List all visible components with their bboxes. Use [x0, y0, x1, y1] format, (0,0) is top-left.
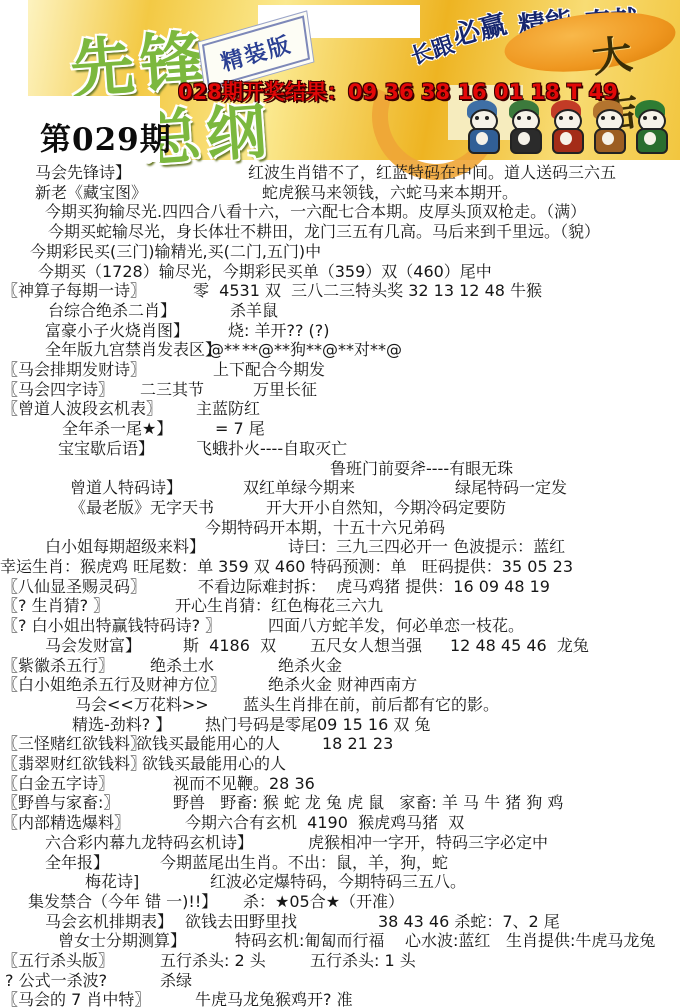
- row-text: 二三其节: [140, 380, 204, 399]
- report-row: 六合彩内幕九龙特码玄机诗】虎猴相冲一字开，特码三字必定中: [0, 833, 680, 853]
- row-text: 欲钱买最能用心的人: [142, 754, 286, 773]
- report-row: 富豪小子火烧肖图】烧: 羊开?? (?): [0, 321, 680, 341]
- row-text: 开大开小自然知，今期冷码定要防: [266, 498, 506, 517]
- report-row: 全年版九宫禁肖发表区】@****@**狗**@**对**@: [0, 340, 680, 360]
- row-label: 〖白金五字诗〗: [2, 774, 114, 793]
- row-label: 马会<<万花料>>: [75, 695, 209, 714]
- row-text: 斯 4186 双: [183, 636, 276, 655]
- row-label: 集发禁合（今年 错 一)!!】: [28, 892, 217, 911]
- row-label: 白小姐每期超级来料】: [45, 537, 205, 556]
- report-row: 〖八仙显圣赐灵码〗不看边际难封拆： 虎马鸡猪 提供：16 09 48 19: [0, 577, 680, 597]
- row-text: 鲁班门前耍斧----有眼无珠: [330, 459, 513, 478]
- row-text: 杀绿: [160, 971, 192, 990]
- row-text: 今期蓝尾出生肖。不出：鼠，羊，狗，蛇: [160, 853, 448, 872]
- row-text: 绝杀火金: [278, 656, 342, 675]
- row-text: 蛇虎猴马来领钱，六蛇马来本期开。: [262, 183, 518, 202]
- row-text: 特码玄机:匍匐而行福: [235, 931, 384, 950]
- row-label: 马会先锋诗】: [35, 163, 131, 182]
- report-row: 〖马会四字诗〗二三其节万里长征: [0, 380, 680, 400]
- row-label: 〖马会排期发财诗〗: [2, 360, 146, 379]
- row-text: 今期买蛇输尽光，身长体壮不耕田，龙门三五有几高。马后来到千里远。（貌）: [48, 222, 600, 241]
- report-row: 幸运生肖：猴虎鸡 旺尾数：单 359 双 460 特码预测：单 旺码提供：35 …: [0, 557, 680, 577]
- report-row: 曾道人特码诗】双红单绿今期来绿尾特码一定发: [0, 478, 680, 498]
- report-row: 今期买蛇输尽光，身长体壮不耕田，龙门三五有几高。马后来到千里远。（貌）: [0, 222, 680, 242]
- report-row: 鲁班门前耍斧----有眼无珠: [0, 459, 680, 479]
- row-label: 〖三怪赌红欲钱料〗: [2, 734, 146, 753]
- row-text: 五尺女人想当强: [310, 636, 422, 655]
- row-label: 全年版九宫禁肖发表区】: [45, 340, 221, 359]
- row-text: 虎猴相冲一字开，特码三字必定中: [308, 833, 548, 852]
- row-text: 绝杀火金 财神西南方: [268, 675, 417, 694]
- row-label: 〖? 生肖猜? 〗: [2, 596, 109, 615]
- row-text: 欲钱去田野里找: [185, 912, 297, 931]
- row-text: 诗曰：三九三四必开一 色波提示：蓝红: [288, 537, 565, 556]
- report-row: 〖? 白小姐出特赢钱特码诗? 〗四面八方蛇羊发，何必单恋一枝花。: [0, 616, 680, 636]
- row-text: 主蓝防红: [196, 399, 260, 418]
- row-text: @**: [208, 340, 240, 359]
- row-label: 〖马会四字诗〗: [2, 380, 114, 399]
- row-text: 万里长征: [253, 380, 317, 399]
- row-text: 零 4531 双 三八二三特头奖 32 13 12 48 牛猴: [193, 281, 542, 300]
- row-text: 飞蛾扑火----自取灭亡: [196, 439, 347, 458]
- row-text: **@**狗**@**对**@: [242, 340, 402, 359]
- row-text: 38 43 46 杀蛇：7、2 尾: [378, 912, 560, 931]
- report-row: 〖五行杀头版〗五行杀头: 2 头五行杀头: 1 头: [0, 951, 680, 971]
- row-label: 〖内部精选爆料〗: [2, 813, 130, 832]
- row-text: 四面八方蛇羊发，何必单恋一枝花。: [268, 616, 524, 635]
- row-label: 〖五行杀头版〗: [2, 951, 114, 970]
- row-text: 今期彩民买(三门)输精光,买(二门,五门)中: [30, 242, 321, 261]
- report-row: 曾女士分期测算】特码玄机:匍匐而行福心水波:蓝红生肖提供:牛虎马龙兔: [0, 931, 680, 951]
- row-label: 富豪小子火烧肖图】: [45, 321, 189, 340]
- row-text: 蓝头生肖排在前，前后都有它的影。: [243, 695, 499, 714]
- report-row: 今期彩民买(三门)输精光,买(二门,五门)中: [0, 242, 680, 262]
- row-label: 六合彩内幕九龙特码玄机诗】: [45, 833, 253, 852]
- row-text: 野兽 野畜: 猴 蛇 龙 兔 虎 鼠 家畜: 羊 马 牛 猪 狗 鸡: [173, 793, 563, 812]
- row-label: 曾女士分期测算】: [58, 931, 186, 950]
- report-row: 〖白金五字诗〗视而不见鞭。28 36: [0, 774, 680, 794]
- report-row: 今期特码开本期，十五十六兄弟码: [0, 518, 680, 538]
- row-text: 视而不见鞭。28 36: [173, 774, 315, 793]
- row-label: 全年杀一尾★】: [62, 419, 172, 438]
- report-row: 马会<<万花料>>蓝头生肖排在前，前后都有它的影。: [0, 695, 680, 715]
- row-text: 红波生肖错不了，红蓝特码在中间。道人送码三六五: [248, 163, 616, 182]
- report-row: 新老《藏宝图》蛇虎猴马来领钱，六蛇马来本期开。: [0, 183, 680, 203]
- report-row: 〖马会排期发财诗〗上下配合今期发: [0, 360, 680, 380]
- report-row: 〖神算子每期一诗〗零 4531 双 三八二三特头奖 32 13 12 48 牛猴: [0, 281, 680, 301]
- row-label: 台综合绝杀二肖】: [48, 301, 176, 320]
- row-text: 12 48 45 46 龙兔: [450, 636, 589, 655]
- row-label: 《最老版》无字天书: [70, 498, 214, 517]
- row-text: 烧: 羊开?? (?): [228, 321, 330, 340]
- report-row: 〖三怪赌红欲钱料〗欲钱买最能用心的人18 21 23: [0, 734, 680, 754]
- row-text: 今期买狗输尽光.四四合八看十六，一六配七合本期。皮厚头顶双枪走。（满）: [45, 202, 586, 221]
- row-text: 绝杀土水: [150, 656, 214, 675]
- row-label: 〖翡翠财红欲钱料〗: [2, 754, 146, 773]
- report-row: 马会发财富】斯 4186 双五尺女人想当强12 48 45 46 龙兔: [0, 636, 680, 656]
- row-text: 幸运生肖：猴虎鸡 旺尾数：单 359 双 460 特码预测：单 旺码提供：35 …: [0, 557, 573, 576]
- report-row: 全年报】今期蓝尾出生肖。不出：鼠，羊，狗，蛇: [0, 853, 680, 873]
- report-row: 〖翡翠财红欲钱料〗欲钱买最能用心的人: [0, 754, 680, 774]
- row-text: 杀羊鼠: [230, 301, 278, 320]
- row-text: 双红单绿今期来: [243, 478, 355, 497]
- row-label: 马会发财富】: [45, 636, 141, 655]
- report-row: 〖内部精选爆料〗今期六合有玄机 4190 猴虎鸡马猪 双: [0, 813, 680, 833]
- row-text: 五行杀头: 2 头: [160, 951, 266, 970]
- report-row: 〖紫徽杀五行〗绝杀土水绝杀火金: [0, 656, 680, 676]
- row-label: 新老《藏宝图》: [35, 183, 147, 202]
- row-label: 〖马会的 7 肖中特〗: [2, 990, 150, 1008]
- row-label: 梅花诗]: [85, 872, 139, 891]
- row-label: 全年报】: [45, 853, 109, 872]
- report-row: ? 公式一杀波?杀绿: [0, 971, 680, 991]
- report-row: 〖马会的 7 肖中特〗牛虎马龙兔猴鸡开? 准: [0, 990, 680, 1008]
- row-text: 今期特码开本期，十五十六兄弟码: [205, 518, 445, 537]
- report-row: 台综合绝杀二肖】杀羊鼠: [0, 301, 680, 321]
- row-text: = 7 尾: [215, 419, 265, 438]
- report-row: 今期买（1728）输尽光，今期彩民买单（359）双（460）尾中: [0, 262, 680, 282]
- row-text: 心水波:蓝红: [405, 931, 490, 950]
- report-row: 梅花诗]红波必定爆特码，今期特码三五八。: [0, 872, 680, 892]
- row-label: 曾道人特码诗】: [70, 478, 182, 497]
- report-row: 集发禁合（今年 错 一)!!】杀：★05合★（开准）: [0, 892, 680, 912]
- row-text: 五行杀头: 1 头: [310, 951, 416, 970]
- row-label: 〖紫徽杀五行〗: [2, 656, 114, 675]
- row-label: 〖野兽与家畜:〗: [2, 793, 119, 812]
- report-row: 《最老版》无字天书开大开小自然知，今期冷码定要防: [0, 498, 680, 518]
- row-text: 不看边际难封拆： 虎马鸡猪 提供：16 09 48 19: [198, 577, 550, 596]
- row-text: 开心生肖猜：红色梅花三六九: [175, 596, 383, 615]
- row-text: 红波必定爆特码，今期特码三五八。: [210, 872, 466, 891]
- row-label: 〖白小姐绝杀五行及财神方位〗: [2, 675, 226, 694]
- report-row: 全年杀一尾★】= 7 尾: [0, 419, 680, 439]
- row-label: 〖八仙显圣赐灵码〗: [2, 577, 146, 596]
- row-label: 精选-劲料? 】: [72, 715, 171, 734]
- report-row: 马会先锋诗】红波生肖错不了，红蓝特码在中间。道人送码三六五: [0, 163, 680, 183]
- row-text: 生肖提供:牛虎马龙兔: [506, 931, 655, 950]
- report-row: 〖白小姐绝杀五行及财神方位〗绝杀火金 财神西南方: [0, 675, 680, 695]
- row-text: 欲钱买最能用心的人: [136, 734, 280, 753]
- row-text: 绿尾特码一定发: [455, 478, 567, 497]
- report-row: 〖野兽与家畜:〗野兽 野畜: 猴 蛇 龙 兔 虎 鼠 家畜: 羊 马 牛 猪 狗…: [0, 793, 680, 813]
- report-body: 马会先锋诗】红波生肖错不了，红蓝特码在中间。道人送码三六五新老《藏宝图》蛇虎猴马…: [0, 0, 680, 1008]
- report-row: 马会玄机排期表】欲钱去田野里找38 43 46 杀蛇：7、2 尾: [0, 912, 680, 932]
- row-label: 〖神算子每期一诗〗: [2, 281, 146, 300]
- row-text: 今期六合有玄机 4190 猴虎鸡马猪 双: [185, 813, 464, 832]
- row-text: 上下配合今期发: [213, 360, 325, 379]
- row-text: 今期买（1728）输尽光，今期彩民买单（359）双（460）尾中: [38, 262, 492, 281]
- row-text: 牛虎马龙兔猴鸡开? 准: [195, 990, 353, 1008]
- report-row: 〖? 生肖猜? 〗开心生肖猜：红色梅花三六九: [0, 596, 680, 616]
- report-row: 宝宝歇后语】飞蛾扑火----自取灭亡: [0, 439, 680, 459]
- lottery-tip-sheet: 先锋 总纲 精装版 必赢 精能 奉献 长跟 大吉 028期开奖结果：09 36 …: [0, 0, 680, 1008]
- row-label: ? 公式一杀波?: [5, 971, 107, 990]
- row-text: 杀：★05合★（开准）: [243, 892, 404, 911]
- report-row: 白小姐每期超级来料】诗曰：三九三四必开一 色波提示：蓝红: [0, 537, 680, 557]
- report-row: 今期买狗输尽光.四四合八看十六，一六配七合本期。皮厚头顶双枪走。（满）: [0, 202, 680, 222]
- row-text: 热门号码是零尾09 15 16 双 兔: [205, 715, 430, 734]
- row-label: 马会玄机排期表】: [45, 912, 173, 931]
- row-label: 宝宝歇后语】: [58, 439, 154, 458]
- row-text: 18 21 23: [322, 734, 393, 753]
- row-label: 〖曾道人波段玄机表〗: [2, 399, 162, 418]
- report-row: 精选-劲料? 】热门号码是零尾09 15 16 双 兔: [0, 715, 680, 735]
- row-label: 〖? 白小姐出特赢钱特码诗? 〗: [2, 616, 221, 635]
- report-row: 〖曾道人波段玄机表〗主蓝防红: [0, 399, 680, 419]
